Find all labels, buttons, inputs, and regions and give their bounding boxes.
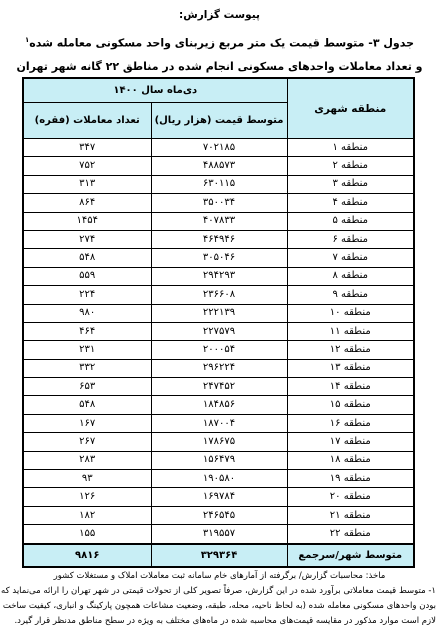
count-cell: ۲۷۴	[23, 230, 151, 248]
table-title-line2: و تعداد معاملات واحدهای مسکونی انجام شده…	[0, 60, 439, 73]
footnote-line-3: لازم است موارد مذکور در مقایسه قیمت‌های …	[14, 616, 436, 626]
price-cell: ۱۷۸۶۷۵	[151, 433, 287, 451]
count-cell: ۹۸۰	[23, 304, 151, 322]
table-row: منطقه ۶۴۶۴۹۴۶۲۷۴	[23, 230, 414, 248]
column-header-count: تعداد معاملات (فقره)	[23, 103, 151, 139]
district-cell: منطقه ۱۷	[287, 433, 414, 451]
column-header-district: منطقه شهری	[287, 78, 414, 139]
count-cell: ۱۶۷	[23, 414, 151, 432]
table-row: منطقه ۱۷۱۷۸۶۷۵۲۶۷	[23, 433, 414, 451]
total-count: ۹۸۱۶	[23, 544, 151, 567]
table-row: منطقه ۱۵۱۸۴۸۵۶۵۴۸	[23, 396, 414, 414]
district-cell: منطقه ۱۰	[287, 304, 414, 322]
count-cell: ۱۴۵۴	[23, 212, 151, 230]
total-label: متوسط شهر/سرجمع	[287, 544, 414, 567]
total-price: ۳۲۹۳۶۴	[151, 544, 287, 567]
district-cell: منطقه ۱۶	[287, 414, 414, 432]
count-cell: ۷۵۲	[23, 157, 151, 175]
price-cell: ۴۸۸۵۷۳	[151, 157, 287, 175]
district-cell: منطقه ۱	[287, 139, 414, 157]
table-row: منطقه ۴۳۵۰۰۳۴۸۶۴	[23, 194, 414, 212]
count-cell: ۳۴۷	[23, 139, 151, 157]
district-cell: منطقه ۲۱	[287, 506, 414, 524]
table-row: منطقه ۱۳۲۹۶۲۲۴۳۳۲	[23, 359, 414, 377]
table-row: منطقه ۱۶۱۸۷۰۰۴۱۶۷	[23, 414, 414, 432]
report-page: { "header": { "attachment_label": "پیوست…	[0, 0, 439, 640]
district-cell: منطقه ۸	[287, 267, 414, 285]
price-cell: ۲۲۲۱۳۹	[151, 304, 287, 322]
price-cell: ۱۸۴۸۵۶	[151, 396, 287, 414]
count-cell: ۱۵۵	[23, 525, 151, 544]
table-row: منطقه ۲۱۲۴۶۵۴۵۱۸۲	[23, 506, 414, 524]
district-cell: منطقه ۱۵	[287, 396, 414, 414]
price-cell: ۱۸۷۰۰۴	[151, 414, 287, 432]
district-cell: منطقه ۴	[287, 194, 414, 212]
table-row: منطقه ۲۰۱۶۹۷۸۴۱۲۶	[23, 488, 414, 506]
price-cell: ۱۶۹۷۸۴	[151, 488, 287, 506]
district-cell: منطقه ۷	[287, 249, 414, 267]
district-cell: منطقه ۲۰	[287, 488, 414, 506]
table-title-text: جدول ۳- متوسط قیمت یک متر مربع زیربنای و…	[29, 37, 414, 50]
total-row: متوسط شهر/سرجمع ۳۲۹۳۶۴ ۹۸۱۶	[23, 544, 414, 567]
price-cell: ۲۴۶۵۴۵	[151, 506, 287, 524]
table-row: منطقه ۱۲۲۰۰۰۵۴۲۳۱	[23, 341, 414, 359]
table-row: منطقه ۵۴۰۷۸۳۳۱۴۵۴	[23, 212, 414, 230]
price-cell: ۱۵۶۴۷۹	[151, 451, 287, 469]
district-cell: منطقه ۱۴	[287, 378, 414, 396]
price-cell: ۲۹۴۲۹۳	[151, 267, 287, 285]
count-cell: ۲۶۷	[23, 433, 151, 451]
column-header-price: متوسط قیمت (هزار ریال)	[151, 103, 287, 139]
price-transactions-table: منطقه شهری دی‌ماه سال ۱۴۰۰ متوسط قیمت (ه…	[22, 77, 415, 568]
footnote-line-2: بودن واحدهای مسکونی معامله شده (به لحاظ …	[0, 601, 436, 611]
table-row: منطقه ۸۲۹۴۲۹۳۵۵۹	[23, 267, 414, 285]
footnote-line-1: ۱- متوسط قیمت معاملاتی برآورد شده در این…	[0, 586, 436, 596]
price-cell: ۲۴۷۴۵۲	[151, 378, 287, 396]
district-cell: منطقه ۲۲	[287, 525, 414, 544]
count-cell: ۵۴۸	[23, 249, 151, 267]
price-cell: ۱۹۰۵۸۰	[151, 470, 287, 488]
count-cell: ۱۸۲	[23, 506, 151, 524]
table-row: منطقه ۲۲۳۱۹۵۵۷۱۵۵	[23, 525, 414, 544]
count-cell: ۸۶۴	[23, 194, 151, 212]
price-cell: ۷۰۲۱۸۵	[151, 139, 287, 157]
table-row: منطقه ۱۱۲۲۷۵۷۹۴۶۴	[23, 322, 414, 340]
count-cell: ۴۶۴	[23, 322, 151, 340]
district-cell: منطقه ۱۹	[287, 470, 414, 488]
period-header: دی‌ماه سال ۱۴۰۰	[23, 78, 287, 103]
district-cell: منطقه ۹	[287, 286, 414, 304]
district-cell: منطقه ۱۳	[287, 359, 414, 377]
table-row: منطقه ۱۰۲۲۲۱۳۹۹۸۰	[23, 304, 414, 322]
table-body: منطقه ۱۷۰۲۱۸۵۳۴۷منطقه ۲۴۸۸۵۷۳۷۵۲منطقه ۳۶…	[23, 139, 414, 544]
count-cell: ۱۲۶	[23, 488, 151, 506]
price-cell: ۲۳۶۶۰۸	[151, 286, 287, 304]
table-row: منطقه ۲۴۸۸۵۷۳۷۵۲	[23, 157, 414, 175]
district-cell: منطقه ۱۲	[287, 341, 414, 359]
table-row: منطقه ۱۴۲۴۷۴۵۲۶۵۳	[23, 378, 414, 396]
source-note: ماخذ: محاسبات گزارش/ برگرفته از آمارهای …	[0, 571, 439, 581]
count-cell: ۵۵۹	[23, 267, 151, 285]
table-row: منطقه ۷۳۰۵۰۴۶۵۴۸	[23, 249, 414, 267]
price-cell: ۴۶۴۹۴۶	[151, 230, 287, 248]
district-cell: منطقه ۱۱	[287, 322, 414, 340]
period-header-row: منطقه شهری دی‌ماه سال ۱۴۰۰	[23, 78, 414, 103]
count-cell: ۶۵۳	[23, 378, 151, 396]
table-row: منطقه ۱۹۱۹۰۵۸۰۹۳	[23, 470, 414, 488]
table-title-line1: جدول ۳- متوسط قیمت یک متر مربع زیربنای و…	[0, 36, 439, 50]
table-row: منطقه ۱۸۱۵۶۴۷۹۲۸۳	[23, 451, 414, 469]
price-cell: ۳۱۹۵۵۷	[151, 525, 287, 544]
price-cell: ۲۹۶۲۲۴	[151, 359, 287, 377]
district-cell: منطقه ۲	[287, 157, 414, 175]
price-cell: ۲۰۰۰۵۴	[151, 341, 287, 359]
price-cell: ۲۲۷۵۷۹	[151, 322, 287, 340]
table-row: منطقه ۳۶۳۰۱۱۵۳۱۳	[23, 175, 414, 193]
table-header: منطقه شهری دی‌ماه سال ۱۴۰۰ متوسط قیمت (ه…	[23, 78, 414, 139]
count-cell: ۵۴۸	[23, 396, 151, 414]
table-footer: متوسط شهر/سرجمع ۳۲۹۳۶۴ ۹۸۱۶	[23, 544, 414, 567]
table-row: منطقه ۱۷۰۲۱۸۵۳۴۷	[23, 139, 414, 157]
count-cell: ۲۲۴	[23, 286, 151, 304]
district-cell: منطقه ۱۸	[287, 451, 414, 469]
price-cell: ۶۳۰۱۱۵	[151, 175, 287, 193]
count-cell: ۳۳۲	[23, 359, 151, 377]
district-cell: منطقه ۵	[287, 212, 414, 230]
count-cell: ۲۸۳	[23, 451, 151, 469]
price-cell: ۳۰۵۰۴۶	[151, 249, 287, 267]
count-cell: ۲۳۱	[23, 341, 151, 359]
district-cell: منطقه ۶	[287, 230, 414, 248]
price-cell: ۳۵۰۰۳۴	[151, 194, 287, 212]
count-cell: ۹۳	[23, 470, 151, 488]
table-row: منطقه ۹۲۳۶۶۰۸۲۲۴	[23, 286, 414, 304]
attachment-label: پیوست گزارش:	[0, 9, 439, 21]
price-cell: ۴۰۷۸۳۳	[151, 212, 287, 230]
count-cell: ۳۱۳	[23, 175, 151, 193]
district-cell: منطقه ۳	[287, 175, 414, 193]
